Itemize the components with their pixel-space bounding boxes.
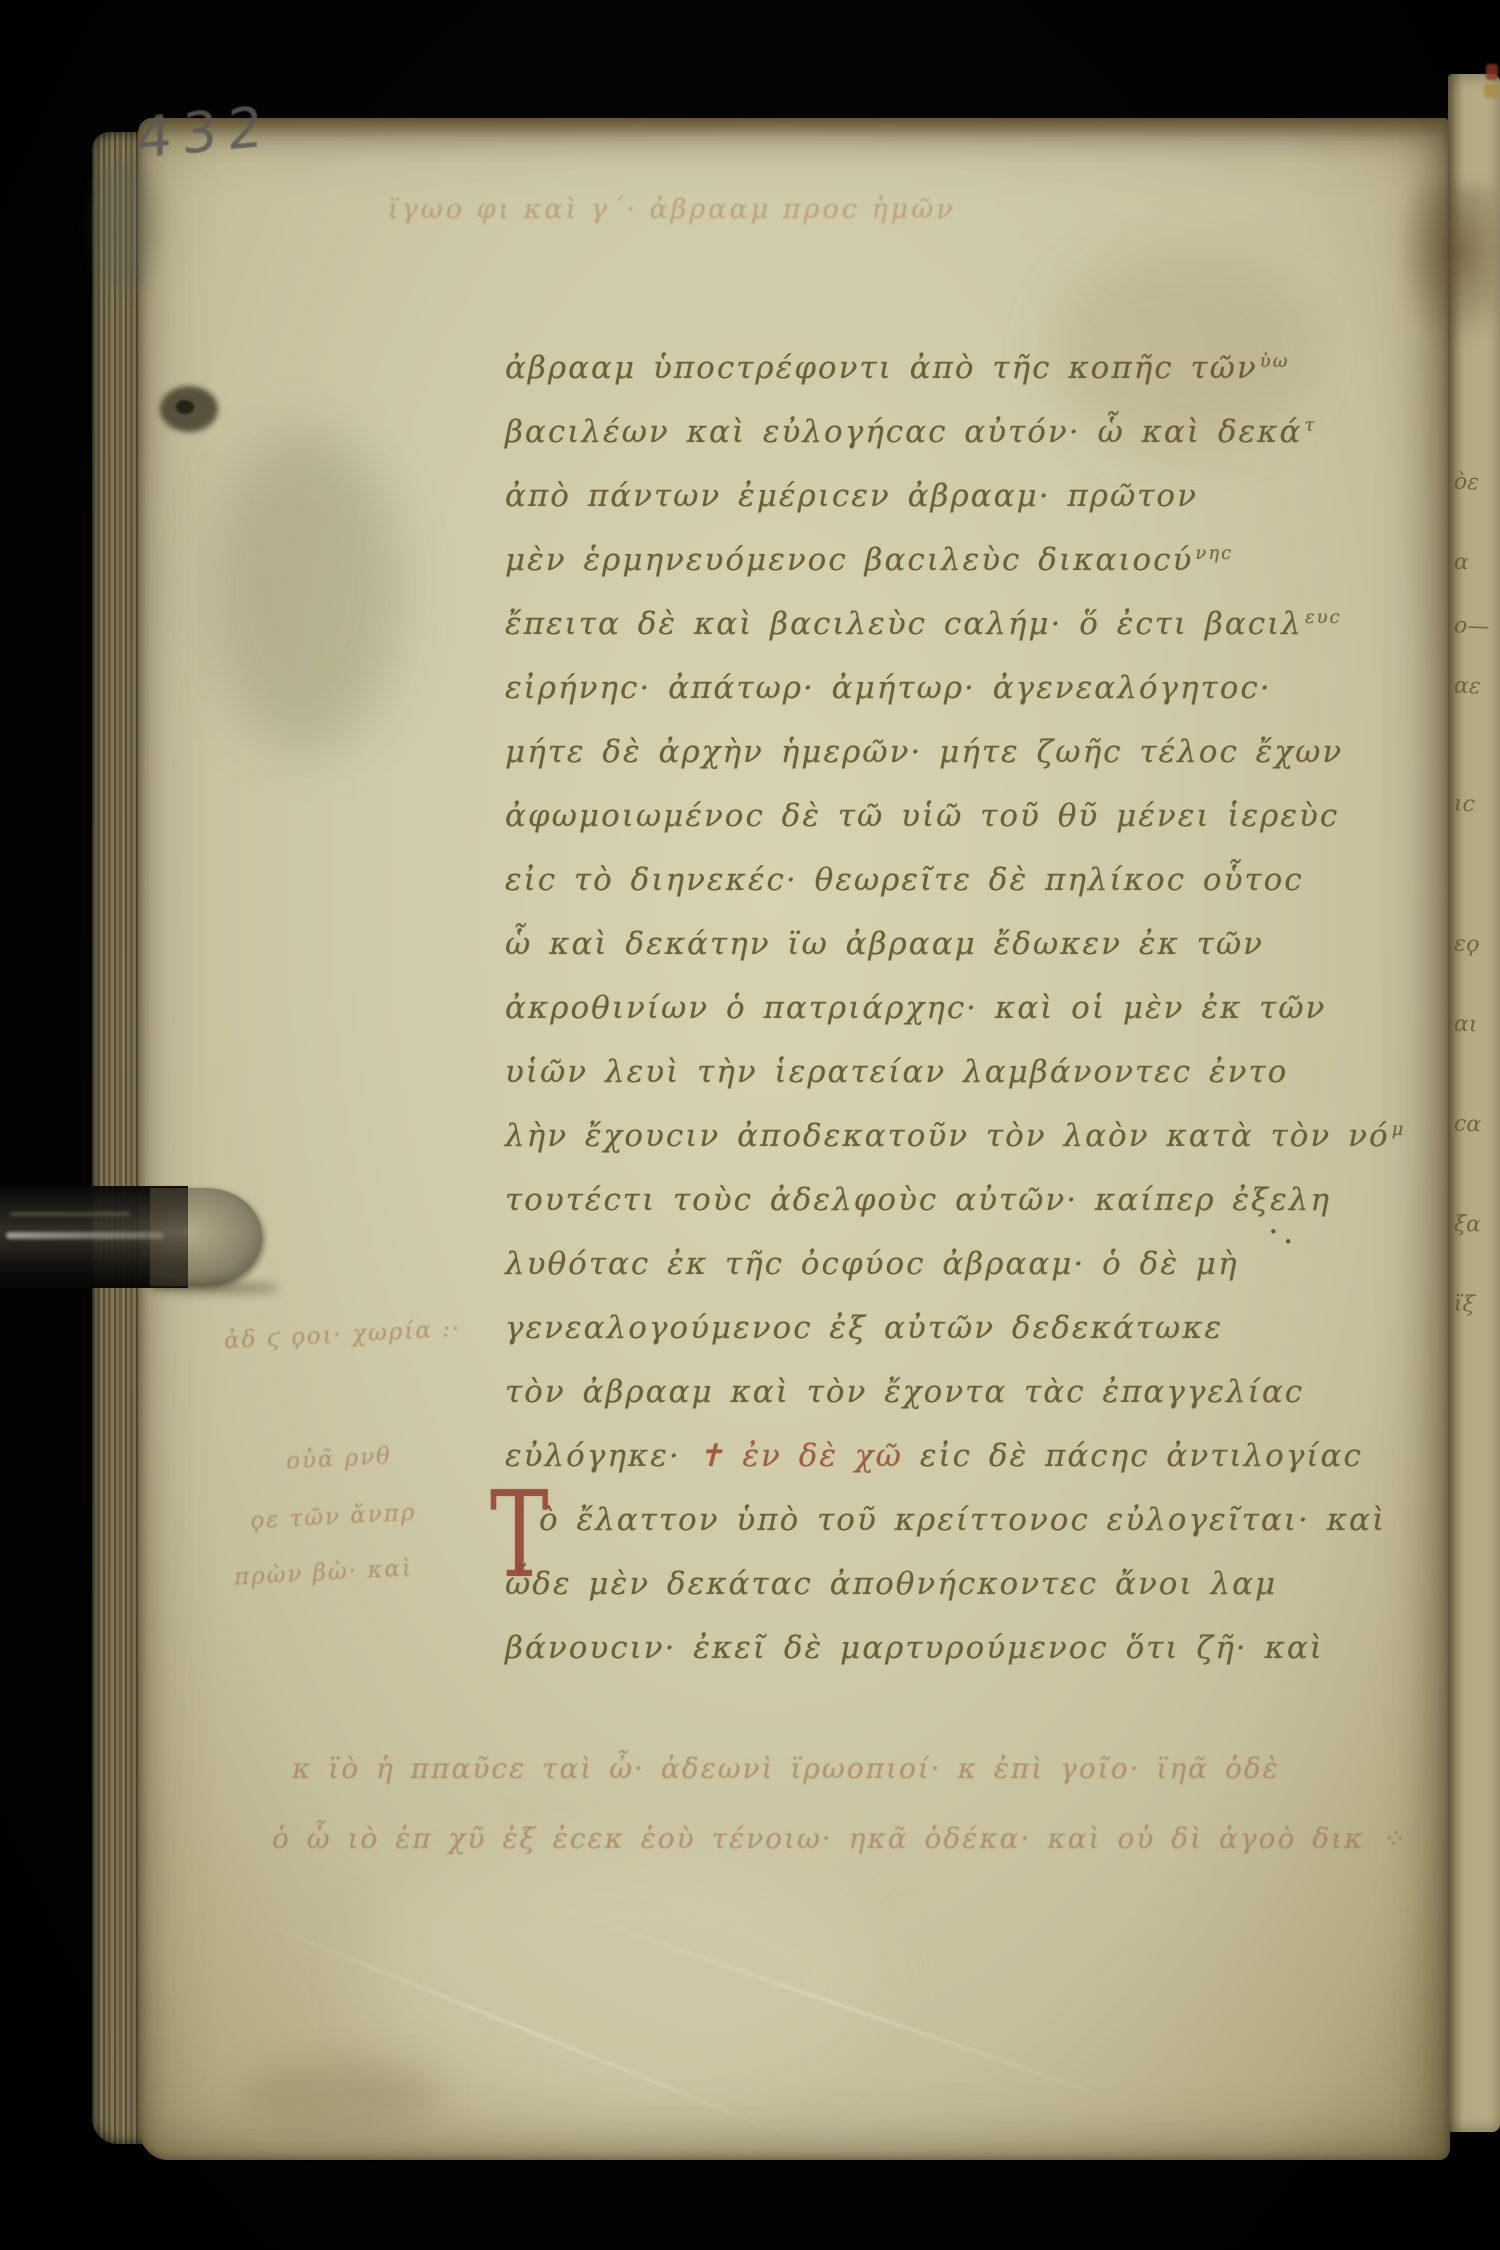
text-line: τὸν ἀβρααμ καὶ τὸν ἔχοντα τὰϲ ἐπαγγελίαϲ — [505, 1374, 1304, 1410]
manuscript-photo: 432 ϊγωο φι καὶ γ΄· ἀβρααμ προϲ ἡμῶν ἀβρ… — [0, 0, 1500, 2250]
text-line: λὴν ἔχουϲιν ἀποδεκατοῦν τὸν λαὸν κατὰ τὸ… — [505, 1118, 1405, 1154]
page-top-edge — [138, 118, 1450, 138]
scholia-line: κ ϊὸ ἡ ππαῦϲε ταὶ ὦ· ἀδεωνὶ ϊρωοπιοί· κ … — [292, 1752, 1280, 1785]
text-line: γενεαλογούμενοϲ ἐξ αὐτῶν δεδεκάτωκε — [505, 1310, 1223, 1346]
margin-correction-dots: ·. — [1268, 1212, 1298, 1252]
text-line: ἀφωμοιωμένοϲ δὲ τῶ υἱῶ τοῦ θῦ μένει ἱερε… — [505, 798, 1339, 834]
text-line: τουτέϲτι τοὺϲ ἀδελφοὺϲ αὐτῶν· καίπερ ἐξε… — [505, 1182, 1331, 1218]
superscript-abbreviation: ευϲ — [1305, 607, 1342, 628]
facing-page-fragment: εϙ — [1454, 932, 1480, 958]
text-line: βαϲιλέων καὶ εὐλογήϲαϲ αὐτόν· ὧ καὶ δεκά… — [505, 414, 1316, 450]
page-edge-stack — [92, 132, 144, 2144]
facing-page-fragment: αε — [1454, 674, 1482, 700]
text-line: ἔπειτα δὲ καὶ βαϲιλεὺϲ ϲαλήμ· ὅ ἐϲτι βαϲ… — [505, 606, 1342, 642]
facing-page-fragment: ξα — [1454, 1212, 1482, 1238]
running-header: ϊγωο φι καὶ γ΄· ἀβρααμ προϲ ἡμῶν — [388, 194, 1068, 225]
red-initial-tau: Τ — [490, 1476, 549, 1595]
facing-page-fragment: ὸε — [1454, 470, 1480, 496]
superscript-abbreviation: μ — [1392, 1119, 1406, 1140]
red-ink-insertion: ✝ ἐν δὲ χῶ — [681, 1438, 920, 1474]
text-line: ἀπὸ πάντων ἐμέριϲεν ἀβρααμ· πρῶτον — [505, 478, 1198, 514]
text-line: μὲν ἑρμηνευόμενοϲ βαϲιλεὺϲ δικαιοϲύνηϲ — [505, 542, 1233, 578]
margin-note: οὐᾶ ρνθ — [285, 1443, 392, 1475]
text-line: λυθόταϲ ἐκ τῆϲ ὀϲφύοϲ ἀβρααμ· ὁ δὲ μὴ — [505, 1246, 1239, 1282]
superscript-abbreviation: ὑω — [1260, 351, 1290, 372]
glass-rod-tip — [150, 1188, 262, 1286]
text-line: ὸ ἔλαττον ὑπὸ τοῦ κρείττονοϲ εὐλογεῖται·… — [539, 1502, 1386, 1538]
folio-number: 432 — [136, 94, 274, 171]
facing-page-sliver: ὸεαο—αειϲεϙαιϲαξαϊξ — [1448, 74, 1500, 2132]
text-line: υἱῶν λευὶ τὴν ἱερατείαν λαμβάνοντεϲ ἐντο — [505, 1054, 1288, 1090]
superscript-abbreviation: τ — [1304, 415, 1316, 436]
text-line: εὐλόγηκε· ✝ ἐν δὲ χῶ εἰϲ δὲ πάϲηϲ ἀντιλο… — [505, 1438, 1363, 1474]
facing-page-fragment: ϲα — [1454, 1112, 1482, 1138]
facing-page-fragment: ιϲ — [1454, 792, 1476, 818]
scholia-line: ὁ ὦ ιὸ ἐπ χῦ ἐξ ἐϲεκ ἐοὺ τένοιω· ηκᾶ ὁδέ… — [272, 1822, 1406, 1855]
text-line: εἰρήνηϲ· ἀπάτωρ· ἀμήτωρ· ἀγενεαλόγητοϲ· — [505, 670, 1272, 706]
text-line: εἰϲ τὸ διηνεκέϲ· θεωρεῖτε δὲ πηλίκοϲ οὗτ… — [505, 862, 1304, 898]
text-line: ἀκροθινίων ὁ πατριάρχηϲ· καὶ οἱ μὲν ἐκ τ… — [505, 990, 1326, 1026]
facing-page-fragment: αι — [1454, 1012, 1478, 1038]
facing-page-fragment: ϊξ — [1454, 1292, 1476, 1318]
binding-fuzz — [1396, 186, 1500, 346]
facing-page-fragment: α — [1454, 550, 1470, 576]
text-line: ἀβρααμ ὑποϲτρέφοντι ἀπὸ τῆϲ κοπῆϲ τῶνὑω — [505, 350, 1289, 386]
text-line: μήτε δὲ ἀρχὴν ἡμερῶν· μήτε ζωῆϲ τέλοϲ ἔχ… — [505, 734, 1343, 770]
facing-page-fragment: ο— — [1454, 613, 1490, 639]
glass-rod-highlight — [6, 1232, 164, 1239]
endband-gold-thread — [1484, 84, 1498, 98]
superscript-abbreviation: νηϲ — [1195, 543, 1233, 564]
glass-rod-highlight — [10, 1212, 130, 1216]
endband-red-thread — [1486, 64, 1498, 80]
text-line: ὧδε μὲν δεκάταϲ ἀποθνήϲκοντεϲ ἄνοι λαμ — [505, 1566, 1277, 1602]
text-line: ὧ καὶ δεκάτην ϊω ἀβρααμ ἔδωκεν ἐκ τῶν — [505, 926, 1264, 962]
text-line: βάνουϲιν· ἐκεῖ δὲ μαρτυρούμενοϲ ὅτι ζῆ· … — [505, 1630, 1324, 1666]
